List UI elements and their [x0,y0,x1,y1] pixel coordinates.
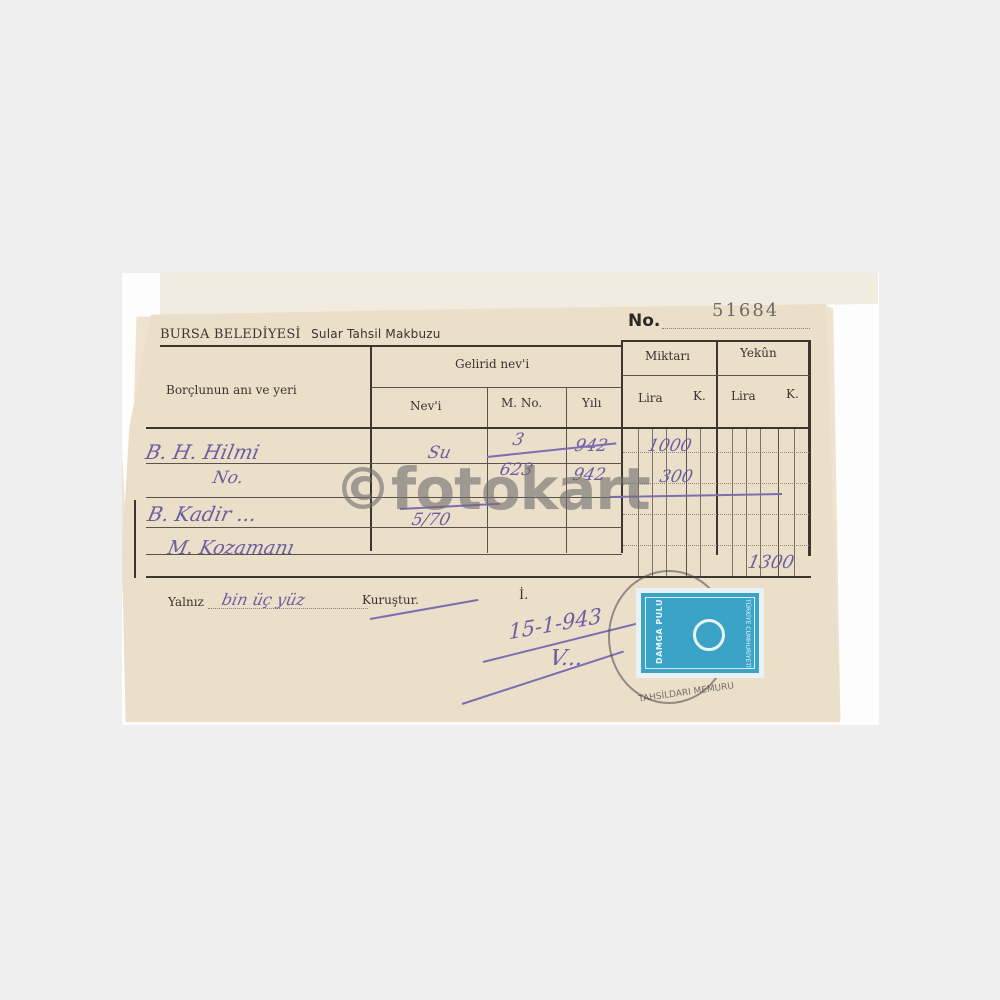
amount-line-2: 300 [658,467,695,487]
receipt-number: 51684 [712,300,779,321]
receipt-subtitle: Sular Tahsil Makbuzu [311,327,440,341]
header-m-no: M. No. [501,396,542,410]
header-debtor: Borçlunun anı ve yeri [166,383,297,397]
header-total-lira: Lira [731,389,756,403]
header-total: Yekûn [740,346,777,360]
row-line-3 [146,527,622,528]
only-label: Yalnız [168,595,204,609]
debtor-line-2: No. [211,468,245,488]
stamp-country: TÜRKİYE CUMHURİYETİ [744,599,751,668]
col-divider-total [716,340,718,555]
debtor-line-1: B. H. Hilmi [143,440,261,464]
header-amount: Miktarı [645,349,690,363]
digit-col [746,429,747,576]
kurus-label: Kuruştur. [362,593,419,607]
revenue-stamp: DAMGA PULU TÜRKİYE CUMHURİYETİ [636,588,764,678]
stamp-label: DAMGA PULU [655,599,664,664]
document-title: BURSA BELEDİYESİ Sular Tahsil Makbuzu [160,327,441,342]
digit-col [732,429,733,576]
only-amount-handwritten: bin üç yüz [220,590,307,609]
table-left-border [134,500,136,578]
dotted-row-4 [623,545,809,546]
header-year: Yılı [582,396,601,410]
header-bottom-rule [146,427,810,429]
municipality-name: BURSA BELEDİYESİ [160,327,301,342]
number-dotted-line [662,328,810,329]
table-bottom-rule [146,576,811,578]
amount-line-1: 1000 [646,436,694,456]
dotted-row-3 [623,514,809,515]
digit-col [700,429,701,576]
watermark: ©fotokart [334,455,650,523]
debtor-line-3: B. Kadir ... [145,502,259,526]
signature-handwritten: V... [547,646,585,671]
table-top-rule [160,345,621,347]
header-income-type: Gelirid nev'i [455,357,529,371]
header-amount-k: K. [693,389,706,403]
debtor-line-4: M. Kozamanı [166,537,296,559]
table-right-border [808,340,811,556]
header-total-k: K. [786,387,799,401]
amount-group-rule [622,375,810,376]
total-amount: 1300 [746,552,796,573]
header-type: Nev'i [410,399,442,413]
dotted-row-2 [623,483,809,484]
number-label: No. [628,311,660,331]
crescent-star-icon [693,619,725,651]
initial-label: İ. [519,588,528,603]
income-group-rule [371,387,621,388]
header-amount-lira: Lira [638,391,663,405]
